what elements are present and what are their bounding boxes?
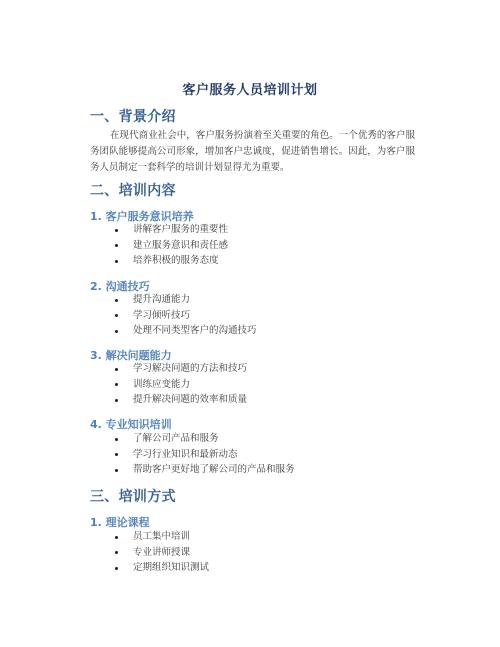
bullet-icon xyxy=(115,438,118,441)
bullet-icon xyxy=(115,567,118,570)
section-heading-training-methods: 三、培训方式 xyxy=(90,486,176,506)
section-heading-training-content: 二、培训内容 xyxy=(90,180,176,200)
bullet-icon xyxy=(115,299,118,302)
bullet-icon xyxy=(115,260,118,263)
bullet-icon xyxy=(115,453,118,456)
subsection-heading-theory-courses: 1. 理论课程 xyxy=(90,514,150,530)
bullet-icon xyxy=(115,551,118,554)
background-paragraph: 在现代商业社会中，客户服务扮演着至关重要的角色。一个优秀的客户服务团队能够提高公… xyxy=(90,128,415,176)
bullet-icon xyxy=(115,330,118,333)
document-page: 客户服务人员培训计划 一、背景介绍 在现代商业社会中，客户服务扮演着至关重要的角… xyxy=(0,0,500,647)
bullet-icon xyxy=(115,229,118,232)
document-title: 客户服务人员培训计划 xyxy=(0,79,500,98)
bullet-icon xyxy=(115,314,118,317)
section-heading-background: 一、背景介绍 xyxy=(90,106,176,126)
bullet-icon xyxy=(115,244,118,247)
bullet-icon xyxy=(115,368,118,371)
subsection-heading-professional-knowledge: 4. 专业知识培训 xyxy=(90,416,172,432)
bullet-icon xyxy=(115,536,118,539)
bullet-icon xyxy=(115,383,118,386)
bullet-icon xyxy=(115,399,118,402)
bullet-icon xyxy=(115,469,118,472)
